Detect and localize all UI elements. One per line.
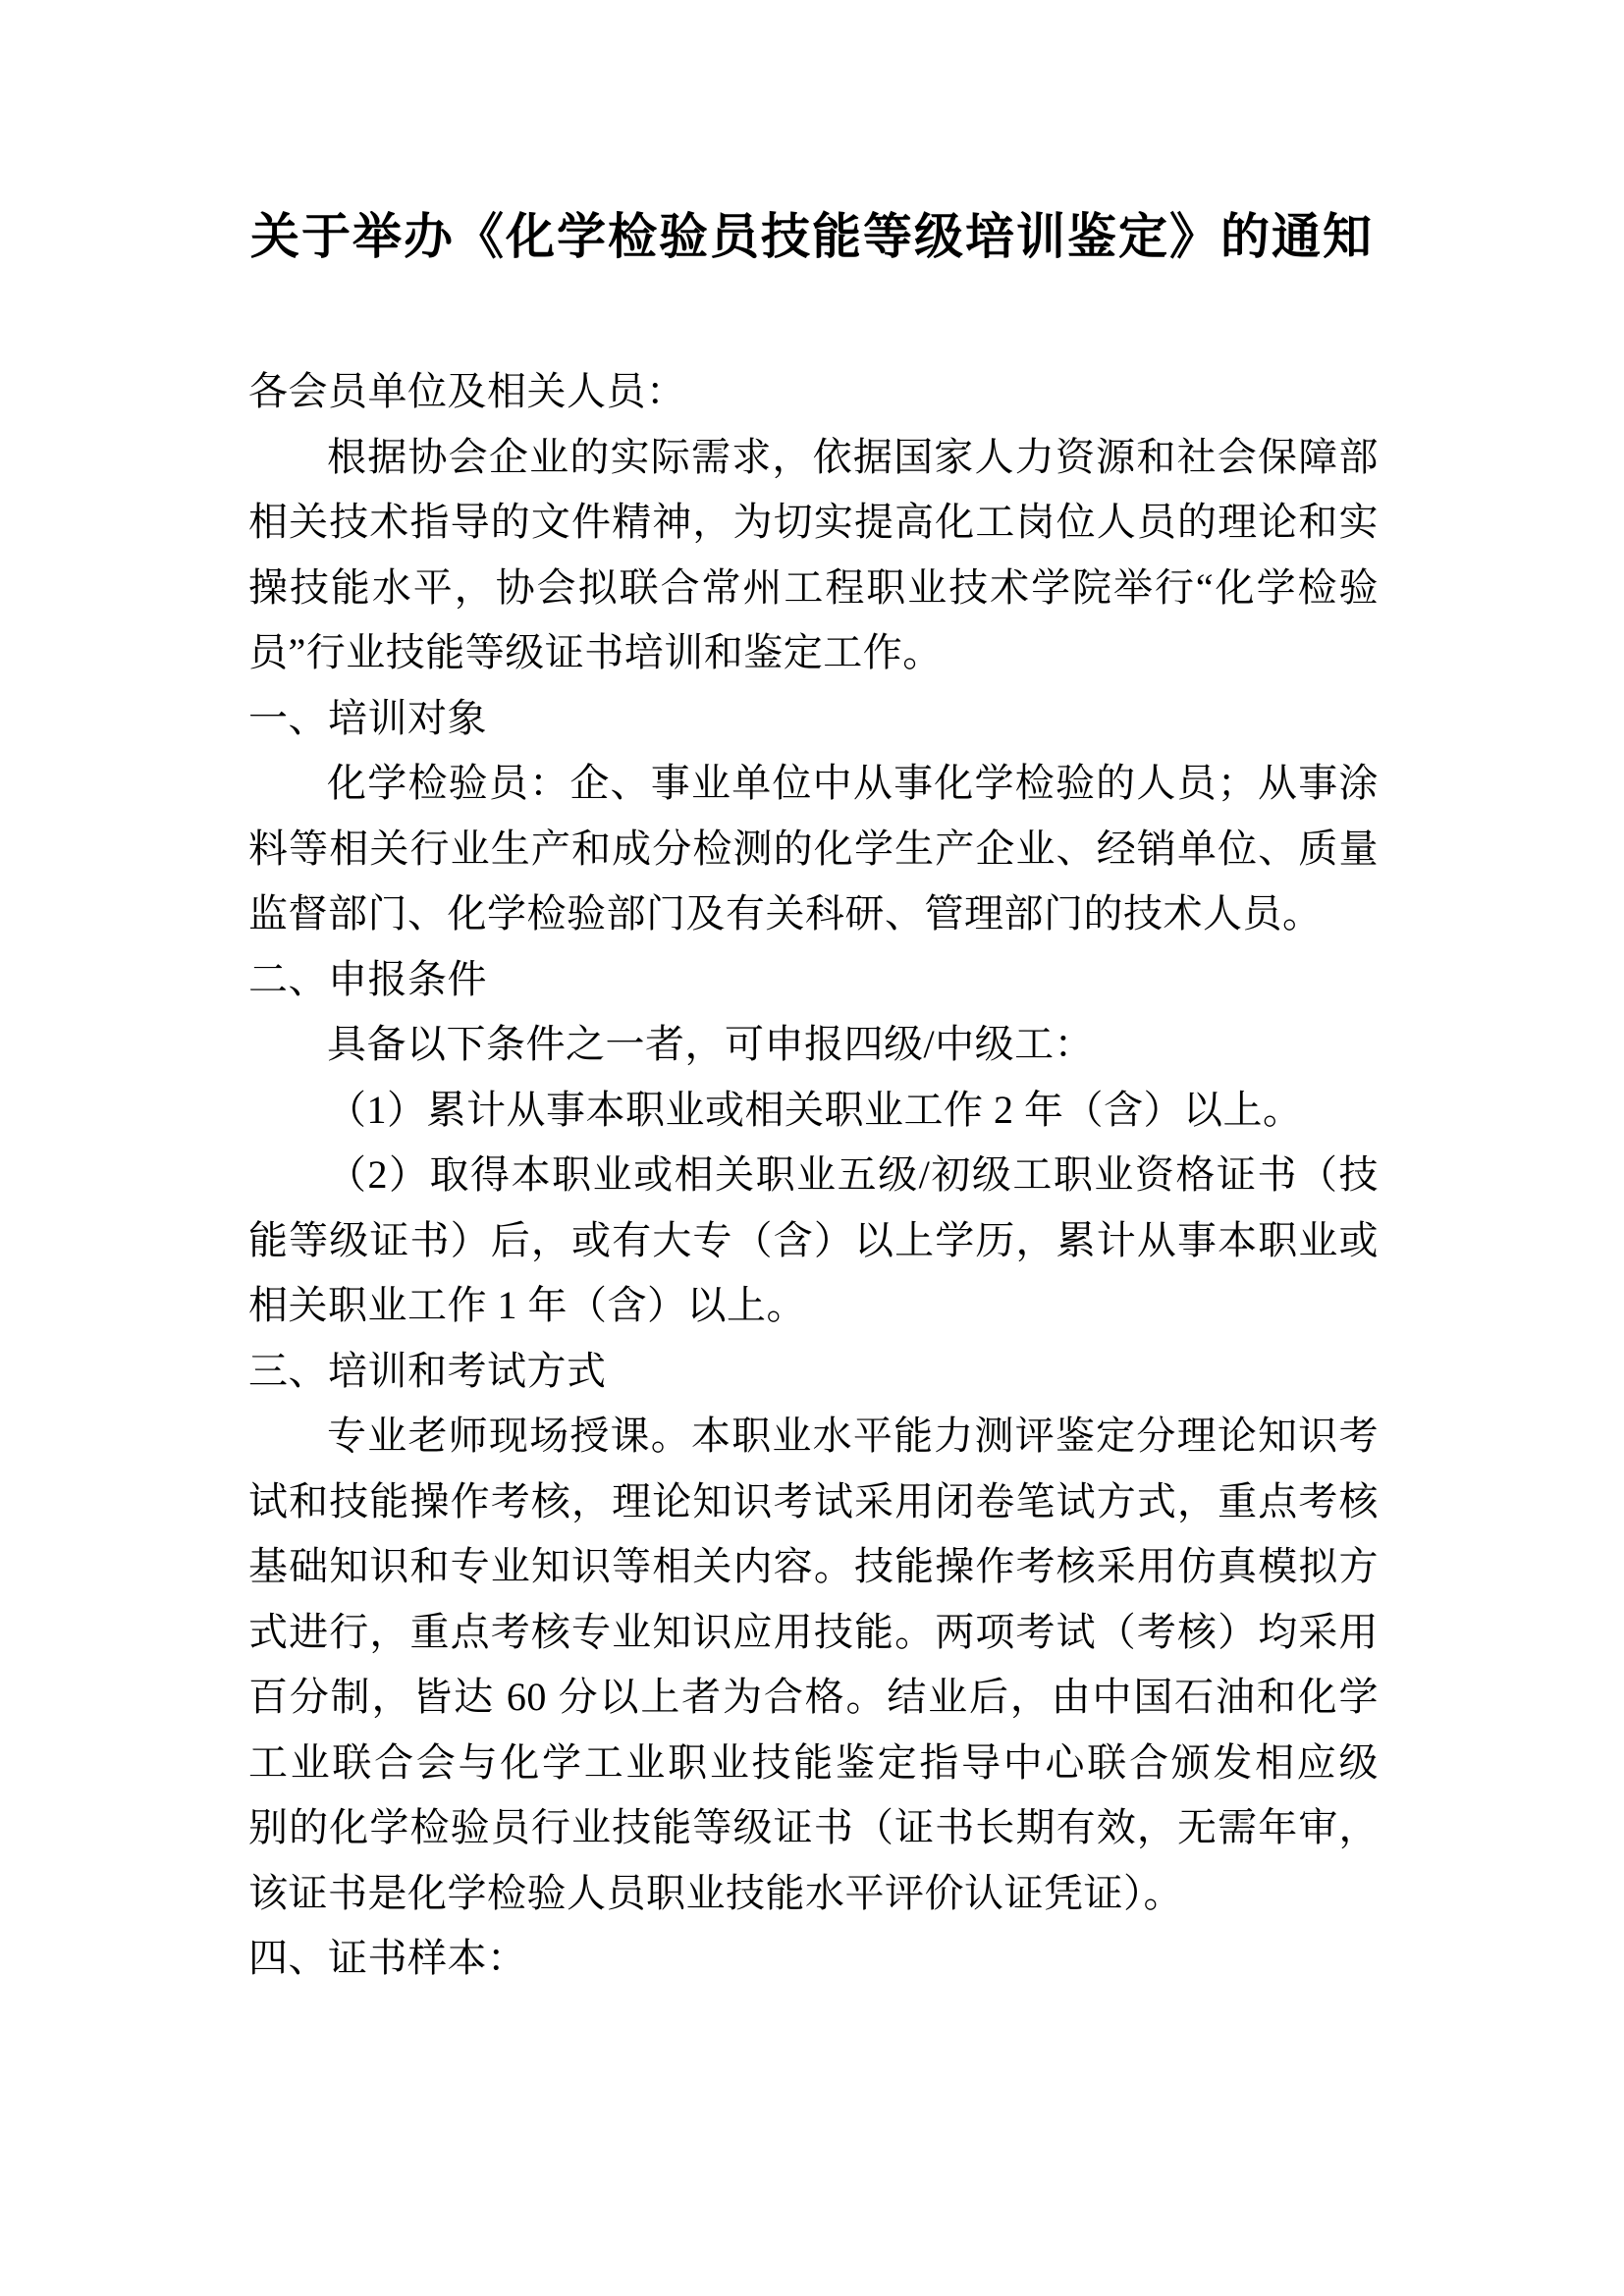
text-line: （1）累计从事本职业或相关职业工作 2 年（含）以上。 bbox=[248, 1078, 1379, 1144]
text-line: 工业联合会与化学工业职业技能鉴定指导中心联合颁发相应级 bbox=[248, 1731, 1379, 1796]
text-line: 别的化学检验员行业技能等级证书（证书长期有效，无需年审， bbox=[248, 1795, 1379, 1861]
text-line: 根据协会企业的实际需求，依据国家人力资源和社会保障部 bbox=[248, 425, 1379, 491]
text-line: 能等级证书）后，或有大专（含）以上学历，累计从事本职业或 bbox=[248, 1208, 1379, 1274]
text-line: 操技能水平，协会拟联合常州工程职业技术学院举行“化学检验 bbox=[248, 556, 1379, 621]
text-line: 该证书是化学检验人员职业技能水平评价认证凭证）。 bbox=[248, 1861, 1379, 1927]
text-line: 三、培训和考试方式 bbox=[248, 1339, 1379, 1405]
text-line: 一、培训对象 bbox=[248, 686, 1379, 752]
text-line: （2）取得本职业或相关职业五级/初级工职业资格证书（技 bbox=[248, 1143, 1379, 1208]
document-page: 关于举办《化学检验员技能等级培训鉴定》的通知 各会员单位及相关人员：根据协会企业… bbox=[0, 0, 1624, 2296]
text-line: 四、证书样本： bbox=[248, 1926, 1379, 1992]
text-line: 二、申报条件 bbox=[248, 947, 1379, 1013]
text-line: 化学检验员：企、事业单位中从事化学检验的人员；从事涂 bbox=[248, 751, 1379, 817]
document-title: 关于举办《化学检验员技能等级培训鉴定》的通知 bbox=[0, 204, 1624, 269]
text-line: 相关职业工作 1 年（含）以上。 bbox=[248, 1273, 1379, 1339]
text-line: 百分制，皆达 60 分以上者为合格。结业后，由中国石油和化学 bbox=[248, 1665, 1379, 1731]
text-line: 相关技术指导的文件精神，为切实提高化工岗位人员的理论和实 bbox=[248, 490, 1379, 556]
document-body: 各会员单位及相关人员：根据协会企业的实际需求，依据国家人力资源和社会保障部相关技… bbox=[248, 359, 1379, 1992]
text-line: 基础知识和专业知识等相关内容。技能操作考核采用仿真模拟方 bbox=[248, 1534, 1379, 1600]
text-line: 料等相关行业生产和成分检测的化学生产企业、经销单位、质量 bbox=[248, 817, 1379, 882]
text-line: 具备以下条件之一者，可申报四级/中级工： bbox=[248, 1012, 1379, 1078]
text-line: 试和技能操作考核，理论知识考试采用闭卷笔试方式，重点考核 bbox=[248, 1469, 1379, 1535]
text-line: 监督部门、化学检验部门及有关科研、管理部门的技术人员。 bbox=[248, 881, 1379, 947]
text-line: 专业老师现场授课。本职业水平能力测评鉴定分理论知识考 bbox=[248, 1404, 1379, 1469]
text-line: 各会员单位及相关人员： bbox=[248, 359, 1379, 425]
text-line: 员”行业技能等级证书培训和鉴定工作。 bbox=[248, 620, 1379, 686]
text-line: 式进行，重点考核专业知识应用技能。两项考试（考核）均采用 bbox=[248, 1600, 1379, 1666]
